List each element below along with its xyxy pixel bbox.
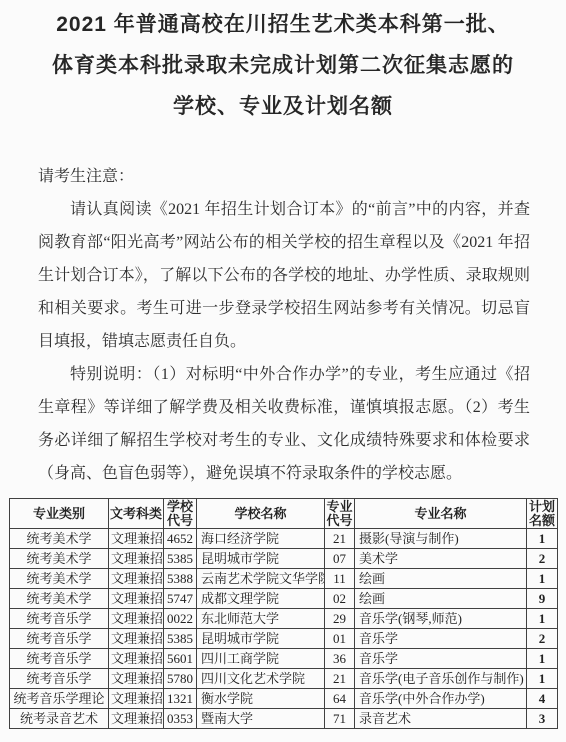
cell-school-name: 四川工商学院 bbox=[197, 649, 325, 669]
cell-subject-type: 文理兼招 bbox=[109, 649, 164, 669]
cell-major-name: 音乐学(电子音乐创作与制作) bbox=[355, 669, 527, 689]
title-line-1: 2021 年普通高校在川招生艺术类本科第一批、 bbox=[0, 4, 566, 45]
cell-subject-type: 文理兼招 bbox=[109, 569, 164, 589]
cell-major-name: 音乐学 bbox=[355, 649, 527, 669]
title-line-2: 体育类本科批录取未完成计划第二次征集志愿的 bbox=[0, 45, 566, 86]
header-school-code: 学校代号 bbox=[164, 499, 197, 529]
notice-section: 请考生注意： 请认真阅读《2021 年招生计划合订本》的“前言”中的内容，并查阅… bbox=[38, 160, 530, 490]
cell-school-code: 5385 bbox=[164, 549, 197, 569]
cell-major-name: 绘画 bbox=[355, 569, 527, 589]
cell-school-code: 5601 bbox=[164, 649, 197, 669]
cell-quota: 2 bbox=[527, 629, 558, 649]
cell-school-code: 0022 bbox=[164, 609, 197, 629]
table-row: 统考音乐学 文理兼招 0022 东北师范大学 29 音乐学(钢琴,师范) 1 bbox=[10, 609, 558, 629]
cell-subject-type: 文理兼招 bbox=[109, 589, 164, 609]
cell-major-type: 统考音乐学 bbox=[10, 609, 109, 629]
header-major-type: 专业类别 bbox=[10, 499, 109, 529]
cell-school-code: 5385 bbox=[164, 629, 197, 649]
header-subject-type: 文考科类 bbox=[109, 499, 164, 529]
cell-school-name: 暨南大学 bbox=[197, 709, 325, 729]
cell-major-name: 音乐学(中外合作办学) bbox=[355, 689, 527, 709]
notice-label: 请考生注意： bbox=[38, 160, 530, 193]
title-line-3: 学校、专业及计划名额 bbox=[0, 86, 566, 127]
cell-school-name: 昆明城市学院 bbox=[197, 549, 325, 569]
table-row: 统考音乐学理论 文理兼招 1321 衡水学院 64 音乐学(中外合作办学) 4 bbox=[10, 689, 558, 709]
paragraph-special-note: 特别说明：（1）对标明“中外合作办学”的专业，考生应通过《招生章程》等详细了解学… bbox=[38, 358, 530, 490]
cell-major-name: 音乐学(钢琴,师范) bbox=[355, 609, 527, 629]
cell-quota: 1 bbox=[527, 529, 558, 549]
cell-major-code: 21 bbox=[325, 669, 355, 689]
cell-quota: 1 bbox=[527, 609, 558, 629]
cell-major-type: 统考音乐学 bbox=[10, 629, 109, 649]
cell-subject-type: 文理兼招 bbox=[109, 689, 164, 709]
cell-quota: 9 bbox=[527, 589, 558, 609]
cell-school-code: 5388 bbox=[164, 569, 197, 589]
header-major-code: 专业代号 bbox=[325, 499, 355, 529]
cell-school-code: 4652 bbox=[164, 529, 197, 549]
cell-school-code: 5747 bbox=[164, 589, 197, 609]
table-row: 统考美术学 文理兼招 5385 昆明城市学院 07 美术学 2 bbox=[10, 549, 558, 569]
document-page: 2021 年普通高校在川招生艺术类本科第一批、 体育类本科批录取未完成计划第二次… bbox=[0, 0, 566, 729]
cell-school-name: 成都文理学院 bbox=[197, 589, 325, 609]
table-row: 统考音乐学 文理兼招 5601 四川工商学院 36 音乐学 1 bbox=[10, 649, 558, 669]
header-quota: 计划名额 bbox=[527, 499, 558, 529]
header-major-name: 专业名称 bbox=[355, 499, 527, 529]
cell-major-type: 统考美术学 bbox=[10, 589, 109, 609]
cell-major-type: 统考美术学 bbox=[10, 549, 109, 569]
cell-major-type: 统考音乐学理论 bbox=[10, 689, 109, 709]
cell-major-code: 21 bbox=[325, 529, 355, 549]
cell-school-name: 昆明城市学院 bbox=[197, 629, 325, 649]
cell-major-code: 02 bbox=[325, 589, 355, 609]
cell-major-type: 统考音乐学 bbox=[10, 649, 109, 669]
cell-subject-type: 文理兼招 bbox=[109, 549, 164, 569]
cell-major-type: 统考美术学 bbox=[10, 569, 109, 589]
plan-table: 专业类别 文考科类 学校代号 学校名称 专业代号 专业名称 计划名额 统考美术学… bbox=[9, 498, 558, 729]
cell-quota: 4 bbox=[527, 689, 558, 709]
cell-major-code: 71 bbox=[325, 709, 355, 729]
cell-major-code: 11 bbox=[325, 569, 355, 589]
table-row: 统考美术学 文理兼招 5747 成都文理学院 02 绘画 9 bbox=[10, 589, 558, 609]
cell-quota: 1 bbox=[527, 569, 558, 589]
cell-quota: 1 bbox=[527, 649, 558, 669]
cell-school-code: 1321 bbox=[164, 689, 197, 709]
cell-major-name: 录音艺术 bbox=[355, 709, 527, 729]
cell-major-type: 统考录音艺术 bbox=[10, 709, 109, 729]
table-row: 统考音乐学 文理兼招 5780 四川文化艺术学院 21 音乐学(电子音乐创作与制… bbox=[10, 669, 558, 689]
cell-school-name: 云南艺术学院文华学院 bbox=[197, 569, 325, 589]
cell-subject-type: 文理兼招 bbox=[109, 669, 164, 689]
table-row: 统考录音艺术 文理兼招 0353 暨南大学 71 录音艺术 3 bbox=[10, 709, 558, 729]
cell-school-name: 衡水学院 bbox=[197, 689, 325, 709]
cell-major-name: 美术学 bbox=[355, 549, 527, 569]
cell-major-name: 摄影(导演与制作) bbox=[355, 529, 527, 549]
cell-school-name: 四川文化艺术学院 bbox=[197, 669, 325, 689]
cell-school-name: 东北师范大学 bbox=[197, 609, 325, 629]
cell-school-name: 海口经济学院 bbox=[197, 529, 325, 549]
page-title: 2021 年普通高校在川招生艺术类本科第一批、 体育类本科批录取未完成计划第二次… bbox=[0, 0, 566, 127]
cell-subject-type: 文理兼招 bbox=[109, 609, 164, 629]
table-row: 统考美术学 文理兼招 5388 云南艺术学院文华学院 11 绘画 1 bbox=[10, 569, 558, 589]
paragraph-reading-notice: 请认真阅读《2021 年招生计划合订本》的“前言”中的内容，并查阅教育部“阳光高… bbox=[38, 193, 530, 358]
cell-quota: 1 bbox=[527, 669, 558, 689]
cell-subject-type: 文理兼招 bbox=[109, 709, 164, 729]
table-row: 统考美术学 文理兼招 4652 海口经济学院 21 摄影(导演与制作) 1 bbox=[10, 529, 558, 549]
cell-school-code: 0353 bbox=[164, 709, 197, 729]
cell-major-name: 绘画 bbox=[355, 589, 527, 609]
cell-quota: 3 bbox=[527, 709, 558, 729]
cell-major-code: 01 bbox=[325, 629, 355, 649]
cell-major-code: 36 bbox=[325, 649, 355, 669]
cell-quota: 2 bbox=[527, 549, 558, 569]
table-row: 统考音乐学 文理兼招 5385 昆明城市学院 01 音乐学 2 bbox=[10, 629, 558, 649]
table-header-row: 专业类别 文考科类 学校代号 学校名称 专业代号 专业名称 计划名额 bbox=[10, 499, 558, 529]
cell-major-code: 64 bbox=[325, 689, 355, 709]
cell-subject-type: 文理兼招 bbox=[109, 529, 164, 549]
cell-major-type: 统考音乐学 bbox=[10, 669, 109, 689]
header-school-name: 学校名称 bbox=[197, 499, 325, 529]
cell-subject-type: 文理兼招 bbox=[109, 629, 164, 649]
cell-major-code: 29 bbox=[325, 609, 355, 629]
cell-major-name: 音乐学 bbox=[355, 629, 527, 649]
cell-school-code: 5780 bbox=[164, 669, 197, 689]
cell-major-code: 07 bbox=[325, 549, 355, 569]
cell-major-type: 统考美术学 bbox=[10, 529, 109, 549]
